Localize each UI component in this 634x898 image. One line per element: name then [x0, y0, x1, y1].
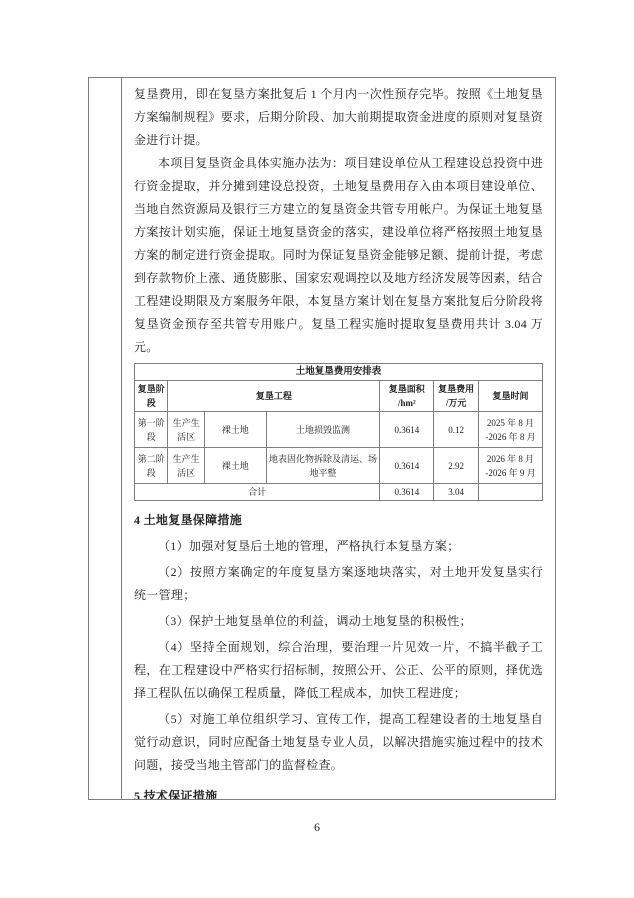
table-row: 第二阶段 生产生活区 裸土地 地表固化物拆除及清运、场地平整 0.3614 2.… — [135, 448, 543, 484]
section4-item-2: （2）按照方案确定的年度复垦方案逐地块落实，对土地开发复垦实行统一管理； — [134, 561, 543, 607]
table-total-row: 合计 0.3614 3.04 — [135, 484, 543, 501]
cell-area: 0.3614 — [380, 448, 434, 484]
reclamation-cost-table: 土地复垦费用安排表 复垦阶段 复垦工程 复垦面积 /hm² 复垦费用 /万元 复… — [134, 363, 543, 501]
empty-left-column — [89, 78, 122, 799]
cell-time: 2025 年 8 月 -2026 年 8 月 — [478, 412, 542, 448]
table-title: 土地复垦费用安排表 — [135, 364, 543, 381]
header-stage: 复垦阶段 — [135, 381, 168, 412]
section5-heading: 5 技术保证措施 — [134, 785, 543, 799]
document-border-frame: 复垦费用，即在复垦方案批复后 1 个月内一次性预存完毕。按照《土地复垦方案编制规… — [88, 77, 556, 800]
cell-work: 地表固化物拆除及清运、场地平整 — [266, 448, 379, 484]
cell-work: 土地损毁监测 — [266, 412, 379, 448]
cell-zone: 生产生活区 — [168, 448, 204, 484]
page-number: 6 — [0, 820, 634, 835]
header-area: 复垦面积 /hm² — [380, 381, 434, 412]
header-cost: 复垦费用 /万元 — [434, 381, 478, 412]
document-page: 复垦费用，即在复垦方案批复后 1 个月内一次性预存完毕。按照《土地复垦方案编制规… — [0, 0, 634, 898]
cell-land: 裸土地 — [204, 412, 266, 448]
section4-item-1: （1）加强对复垦后土地的管理，严格执行本复垦方案； — [134, 535, 543, 558]
cell-total-cost: 3.04 — [434, 484, 478, 501]
paragraph-funding-implementation: 本项目复垦资金具体实施办法为：项目建设单位从工程建设总投资中进行资金提取，并分摊… — [134, 152, 543, 359]
paragraph-funding-continuation: 复垦费用，即在复垦方案批复后 1 个月内一次性预存完毕。按照《土地复垦方案编制规… — [134, 83, 543, 152]
cell-area: 0.3614 — [380, 412, 434, 448]
table-row: 第一阶段 生产生活区 裸土地 土地损毁监测 0.3614 0.12 2025 年… — [135, 412, 543, 448]
cell-time: 2026 年 8 月 -2026 年 9 月 — [478, 448, 542, 484]
cell-stage: 第二阶段 — [135, 448, 168, 484]
section4-item-5: （5）对施工单位组织学习、宣传工作，提高工程建设者的土地复垦自觉行动意识，同时应… — [134, 708, 543, 777]
cell-total-time — [478, 484, 542, 501]
cell-land: 裸土地 — [204, 448, 266, 484]
header-project: 复垦工程 — [168, 381, 380, 412]
section4-item-4: （4）坚持全面规划，综合治理，要治理一片见效一片，不搞半截子工程，在工程建设中严… — [134, 636, 543, 705]
cell-cost: 2.92 — [434, 448, 478, 484]
document-content: 复垦费用，即在复垦方案批复后 1 个月内一次性预存完毕。按照《土地复垦方案编制规… — [122, 78, 555, 799]
section4-heading: 4 土地复垦保障措施 — [134, 509, 543, 532]
cell-total-label: 合计 — [135, 484, 380, 501]
cell-stage: 第一阶段 — [135, 412, 168, 448]
section4-item-3: （3）保护土地复垦单位的利益，调动土地复垦的积极性； — [134, 610, 543, 633]
cell-cost: 0.12 — [434, 412, 478, 448]
cell-zone: 生产生活区 — [168, 412, 204, 448]
cell-total-area: 0.3614 — [380, 484, 434, 501]
header-time: 复垦时间 — [478, 381, 542, 412]
